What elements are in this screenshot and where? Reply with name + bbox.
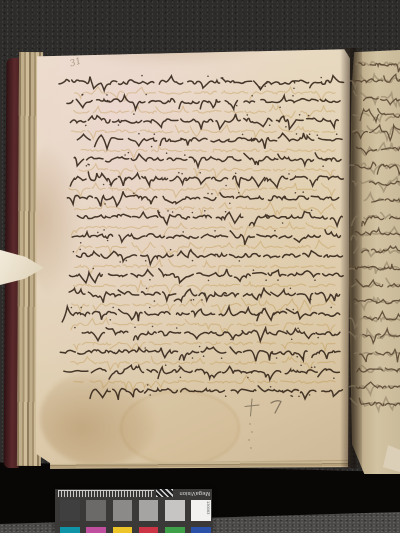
hatch-pattern bbox=[156, 489, 173, 497]
ruler-ticks bbox=[58, 490, 154, 497]
color-patch bbox=[139, 527, 159, 533]
gray-patch-row bbox=[60, 500, 211, 521]
photo-canvas: 31 MegaVision 130063 bbox=[0, 0, 400, 533]
gray-patch bbox=[86, 500, 106, 521]
color-patch bbox=[113, 527, 133, 533]
megavision-label: MegaVision bbox=[173, 489, 210, 497]
color-patch bbox=[191, 527, 211, 533]
color-patch bbox=[86, 527, 106, 533]
gutter-shadow bbox=[340, 48, 362, 468]
gray-patch bbox=[60, 500, 80, 521]
target-serial-label: 130063 bbox=[206, 500, 211, 516]
color-patch bbox=[60, 527, 80, 533]
color-patch-row bbox=[60, 527, 211, 533]
gray-patch bbox=[165, 500, 185, 521]
manuscript-main-page bbox=[34, 48, 350, 464]
color-calibration-target: MegaVision 130063 bbox=[55, 489, 212, 533]
color-patch bbox=[165, 527, 185, 533]
gray-patch bbox=[113, 500, 133, 521]
torn-corner bbox=[383, 445, 400, 472]
ring-stain bbox=[120, 390, 240, 466]
gray-patch bbox=[139, 500, 159, 521]
